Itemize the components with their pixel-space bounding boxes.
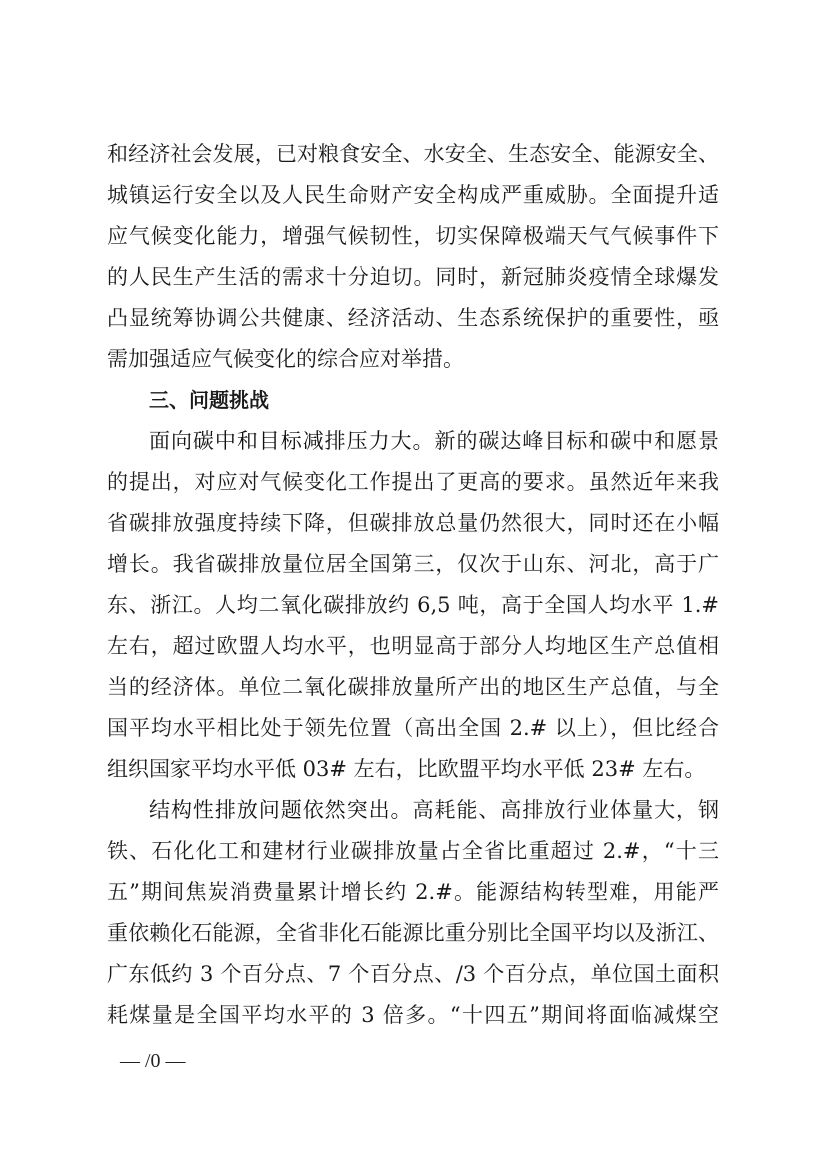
text-line: 广东低约 3 个百分点、7 个百分点、/3 个百分点，单位国土面积	[107, 954, 719, 995]
text-line: 东、浙江。人均二氧化碳排放约 6,5 吨，高于全国人均水平 1.#	[107, 585, 719, 626]
text-line: 增长。我省碳排放量位居全国第三，仅次于山东、河北，高于广	[107, 544, 719, 585]
text-span: 新的碳达峰目标和碳中和愿景	[434, 429, 719, 453]
text-span: 高耗能、高排放行业体量大，钢	[413, 798, 719, 822]
document-page: 和经济社会发展，已对粮食安全、水安全、生态安全、能源安全、 城镇运行安全以及人民…	[107, 134, 719, 1036]
page-number: — /0 —	[120, 1050, 186, 1073]
text-line: 左右，超过欧盟人均水平，也明显高于部分人均地区生产总值相	[107, 626, 719, 667]
section-heading: 三、问题挑战	[107, 380, 719, 421]
text-line: 组织国家平均水平低 03# 左右，比欧盟平均水平低 23# 左右。	[107, 749, 719, 790]
text-line: 省碳排放强度持续下降，但碳排放总量仍然很大，同时还在小幅	[107, 503, 719, 544]
text-line-first: 面向碳中和目标减排压力大。新的碳达峰目标和碳中和愿景	[107, 421, 719, 462]
text-line: 耗煤量是全国平均水平的 3 倍多。“十四五”期间将面临减煤空	[107, 995, 719, 1036]
text-line: 应气候变化能力，增强气候韧性，切实保障极端天气气候事件下	[107, 216, 719, 257]
text-line: 国平均水平相比处于领先位置（高出全国 2.# 以上），但比经合	[107, 708, 719, 749]
paragraph-lead: 结构性排放问题依然突出。	[149, 798, 413, 822]
text-line: 五”期间焦炭消费量累计增长约 2.#。能源结构转型难，用能严	[107, 872, 719, 913]
continued-paragraph: 和经济社会发展，已对粮食安全、水安全、生态安全、能源安全、 城镇运行安全以及人民…	[107, 134, 719, 380]
text-line: 需加强适应气候变化的综合应对举措。	[107, 339, 719, 380]
paragraph-lead: 面向碳中和目标减排压力大。	[149, 429, 434, 453]
text-line: 重依赖化石能源，全省非化石能源比重分别比全国平均以及浙江、	[107, 913, 719, 954]
text-line: 城镇运行安全以及人民生命财产安全构成严重威胁。全面提升适	[107, 175, 719, 216]
text-line: 和经济社会发展，已对粮食安全、水安全、生态安全、能源安全、	[107, 134, 719, 175]
text-line-first: 结构性排放问题依然突出。高耗能、高排放行业体量大，钢	[107, 790, 719, 831]
paragraph-structural-emissions: 结构性排放问题依然突出。高耗能、高排放行业体量大，钢 铁、石化化工和建材行业碳排…	[107, 790, 719, 1036]
text-line: 铁、石化化工和建材行业碳排放量占全省比重超过 2.#，“十三	[107, 831, 719, 872]
text-line: 的提出，对应对气候变化工作提出了更高的要求。虽然近年来我	[107, 462, 719, 503]
paragraph-emission-pressure: 面向碳中和目标减排压力大。新的碳达峰目标和碳中和愿景 的提出，对应对气候变化工作…	[107, 421, 719, 790]
text-line: 当的经济体。单位二氧化碳排放量所产出的地区生产总值，与全	[107, 667, 719, 708]
text-line: 凸显统筹协调公共健康、经济活动、生态系统保护的重要性，亟	[107, 298, 719, 339]
text-line: 的人民生产生活的需求十分迫切。同时，新冠肺炎疫情全球爆发	[107, 257, 719, 298]
